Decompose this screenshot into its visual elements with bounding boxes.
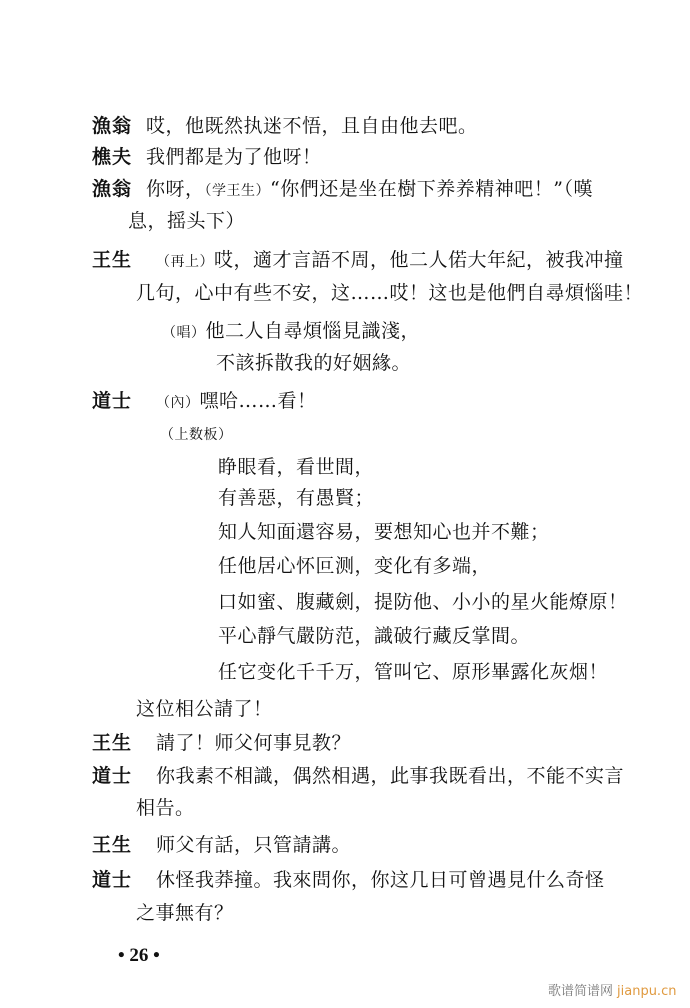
dialogue-line: 相告。	[136, 796, 195, 820]
dialogue-line: （上数板）	[160, 421, 233, 447]
dialogue-line: 請了！师父何事見教？	[156, 731, 351, 755]
dialogue-text: 嘿哈……看！	[200, 390, 317, 412]
dialogue-line: 几句，心中有些不安，这……哎！这也是他們自尋煩惱哇！	[136, 281, 643, 305]
dialogue-line: 口如蜜、腹藏劍，提防他、小小的星火能燎原！	[218, 590, 628, 614]
speaker-label: 王生	[92, 248, 132, 272]
speaker-label: 漁翁	[92, 177, 132, 201]
dialogue-line: 哎，他既然执迷不悟，且自由他去吧。	[146, 114, 478, 138]
page-number: • 26 •	[118, 945, 160, 967]
dialogue-text: “你們还是坐在樹下养养精神吧！”（嘆	[270, 178, 593, 200]
dialogue-line: 我們都是为了他呀！	[146, 145, 322, 169]
stage-direction: （再上）	[156, 254, 214, 270]
dialogue-line: 任它变化千千万，管叫它、原形畢露化灰烟！	[218, 660, 608, 684]
dialogue-line: 之事無有？	[136, 901, 234, 925]
dialogue-line: 这位相公請了！	[136, 697, 273, 721]
watermark-site-name: 歌谱简谱网	[548, 984, 613, 999]
dialogue-line: 有善惡，有愚賢；	[218, 486, 374, 510]
dialogue-line: 你呀，（学王生）“你們还是坐在樹下养养精神吧！”（嘆	[146, 177, 593, 203]
dialogue-line: 你我素不相識，偶然相遇，此事我既看出，不能不实言	[156, 764, 624, 788]
stage-direction: （唱）	[162, 325, 206, 341]
dialogue-line: （唱）他二人自尋煩惱見識淺，	[162, 319, 420, 345]
dialogue-text: 哎，適才言語不周，他二人偌大年紀，被我冲撞	[214, 249, 624, 271]
stage-direction: （上数板）	[160, 427, 233, 443]
speaker-label: 道士	[92, 764, 132, 788]
speaker-label: 道士	[92, 868, 132, 892]
dialogue-line: 知人知面還容易，要想知心也并不難；	[218, 520, 550, 544]
watermark-url: jianpu.cn	[617, 984, 676, 999]
stage-direction: （內）	[156, 395, 200, 411]
speaker-label: 漁翁	[92, 114, 132, 138]
dialogue-line: （內）嘿哈……看！	[156, 389, 317, 415]
stage-direction: （学王生）	[205, 183, 271, 199]
dialogue-line: （再上）哎，適才言語不周，他二人偌大年紀，被我冲撞	[156, 248, 624, 274]
dialogue-line: 息，摇头下）	[128, 209, 245, 233]
dialogue-line: 休怪我莽撞。我來問你，你这几日可曾遇見什么奇怪	[156, 868, 605, 892]
dialogue-line: 不該拆散我的好姻緣。	[216, 351, 411, 375]
speaker-label: 樵夫	[92, 145, 132, 169]
dialogue-line: 睁眼看，看世間，	[218, 455, 374, 479]
speaker-label: 王生	[92, 833, 132, 857]
dialogue-line: 平心靜气嚴防范，識破行藏反掌間。	[218, 624, 530, 648]
dialogue-line: 师父有話，只管請講。	[156, 833, 351, 857]
watermark: 歌谱简谱网jianpu.cn	[548, 980, 676, 999]
dialogue-line: 任他居心怀叵测，变化有多端，	[218, 554, 491, 578]
dialogue-text: 他二人自尋煩惱見識淺，	[206, 320, 421, 342]
dialogue-text: 你呀，	[146, 178, 205, 200]
speaker-label: 道士	[92, 389, 132, 413]
speaker-label: 王生	[92, 731, 132, 755]
